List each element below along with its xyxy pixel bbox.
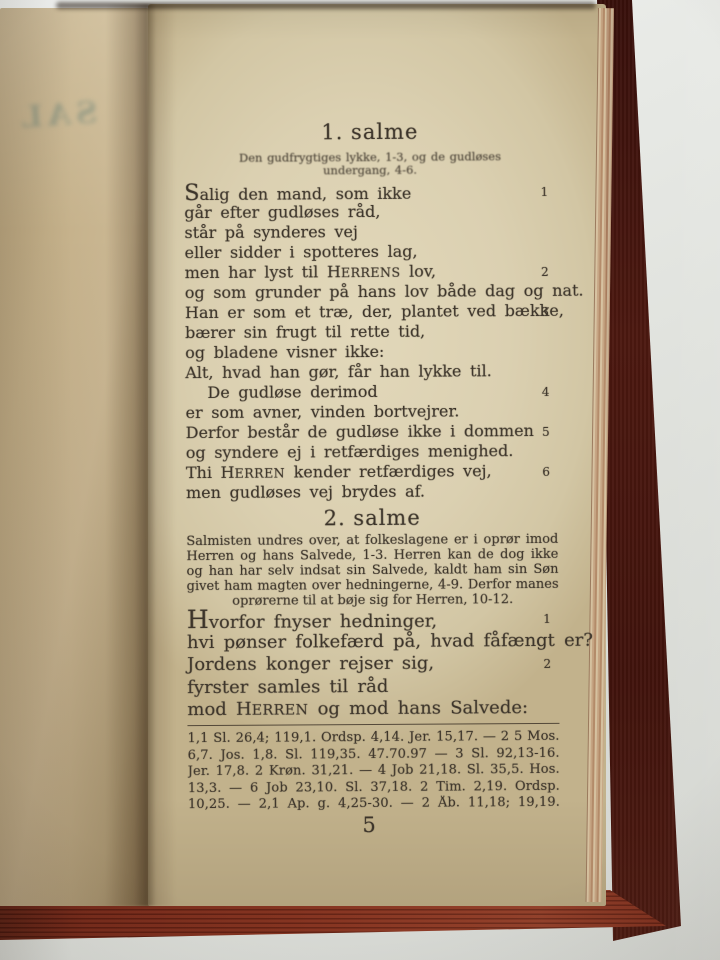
verse-number: 5 <box>542 422 550 442</box>
verse-number: 1 <box>541 182 549 202</box>
show-through-title-text: SAL <box>1 94 113 137</box>
verse-line-text: går efter gudløses råd, <box>184 202 380 223</box>
verse-line-text: og syndere ej i retfærdiges menighed. <box>186 441 514 463</box>
psalm1-subtitle: Den gudfrygtiges lykke, 1-3, og de gudlø… <box>184 150 556 178</box>
verse-line: eller sidder i spotteres lag, <box>185 241 557 263</box>
verse-line: står på synderes vej <box>184 221 556 243</box>
book-gutter-shadow <box>106 4 176 906</box>
page-number: 5 <box>183 812 555 838</box>
verse-line: Jordens konger rejser sig,2 <box>187 652 559 677</box>
verse-line: men gudløses vej brydes af. <box>186 481 558 503</box>
verse-line-text: Derfor består de gudløse ikke i dommen <box>186 421 534 443</box>
verse-number: 3 <box>541 302 549 322</box>
psalm1-heading: 1. salme <box>184 119 556 145</box>
footnotes: 1,1 Sl. 26,4; 119,1. Ordsp. 4,14. Jer. 1… <box>187 729 559 814</box>
verse-line-text: De gudløse derimod <box>207 382 377 403</box>
verse-line: og bladene visner ikke: <box>185 341 557 363</box>
page-top-edge-shadow <box>56 2 596 9</box>
psalm2-heading: 2. salme <box>186 505 558 531</box>
verse-line: De gudløse derimod4 <box>185 381 557 403</box>
verse-line: og syndere ej i retfærdiges menighed. <box>186 441 558 463</box>
verse-line: Alt, hvad han gør, får han lykke til. <box>185 361 557 383</box>
verse-line-text: men gudløses vej brydes af. <box>186 482 425 503</box>
verse-line: og som grunder på hans lov både dag og n… <box>185 281 557 303</box>
verse-line-text: Han er som et træ, der, plantet ved bækk… <box>185 301 564 323</box>
verse-line: mod HERREN og mod hans Salvede: <box>187 697 559 722</box>
verse-line: bærer sin frugt til rette tid, <box>185 321 557 343</box>
verse-line-text: eller sidder i spotteres lag, <box>185 242 418 263</box>
psalm1-verses: Salig den mand, som ikke1går efter gudlø… <box>184 181 558 503</box>
footnote-divider-rule <box>187 723 559 726</box>
verse-number: 2 <box>543 653 551 676</box>
text-line: 10,25. — 2,1 Ap. g. 4,25-30. — 2 Åb. 11,… <box>188 795 560 814</box>
verse-line-text: hvi pønser folkefærd på, hvad fåfængt er… <box>187 629 593 654</box>
verse-line-text: fyrster samles til råd <box>187 675 388 699</box>
verse-line-text: er som avner, vinden bortvejrer. <box>185 401 459 423</box>
verse-line: fyrster samles til råd <box>187 674 559 699</box>
verse-line: men har lyst til HERRENS lov,2 <box>185 261 557 283</box>
psalm2-verses: Hvorfor fnyser hedninger,1hvi pønser fol… <box>187 607 560 722</box>
verse-line: hvi pønser folkefærd på, hvad fåfængt er… <box>187 629 559 654</box>
text-line: undergang, 4-6. <box>184 163 556 178</box>
verse-line: Han er som et træ, der, plantet ved bækk… <box>185 301 557 323</box>
verse-line: Thi HERREN kender retfærdiges vej,6 <box>186 461 558 483</box>
verse-line-text: Alt, hvad han gør, får han lykke til. <box>185 361 492 383</box>
verse-line: Hvorfor fnyser hedninger,1 <box>187 607 559 632</box>
verse-line: Salig den mand, som ikke1 <box>184 181 556 203</box>
verse-number: 4 <box>542 382 550 402</box>
verse-number: 6 <box>542 462 550 482</box>
verse-line-text: bærer sin frugt til rette tid, <box>185 322 425 343</box>
text-line: 1,1 Sl. 26,4; 119,1. Ordsp. 4,14. Jer. 1… <box>187 729 559 748</box>
verse-line-text: og som grunder på hans lov både dag og n… <box>185 281 584 303</box>
psalm2-introduction: Salmisten undres over, at folkeslagene e… <box>186 532 558 609</box>
verse-line: er som avner, vinden bortvejrer. <box>185 401 557 423</box>
verse-line-text: står på synderes vej <box>184 222 358 243</box>
photo-open-hymn-book: SAL 1. salme Den gudfrygtiges lykke, 1-3… <box>0 0 720 960</box>
verse-number: 1 <box>543 608 551 631</box>
verse-number: 2 <box>541 262 549 282</box>
verse-line-text: mod HERREN og mod hans Salvede: <box>187 697 528 723</box>
verse-line: Derfor består de gudløse ikke i dommen5 <box>186 421 558 443</box>
printed-page-text: 1. salme Den gudfrygtiges lykke, 1-3, og… <box>184 117 560 855</box>
verse-line-text: men har lyst til HERRENS lov, <box>185 262 436 285</box>
verse-line-text: Jordens konger rejser sig, <box>187 653 434 677</box>
text-line: Jer. 17,8. 2 Krøn. 31,21. — 4 Job 21,18.… <box>188 762 560 781</box>
verse-line-text: og bladene visner ikke: <box>185 342 384 363</box>
verse-line: går efter gudløses råd, <box>184 201 556 223</box>
